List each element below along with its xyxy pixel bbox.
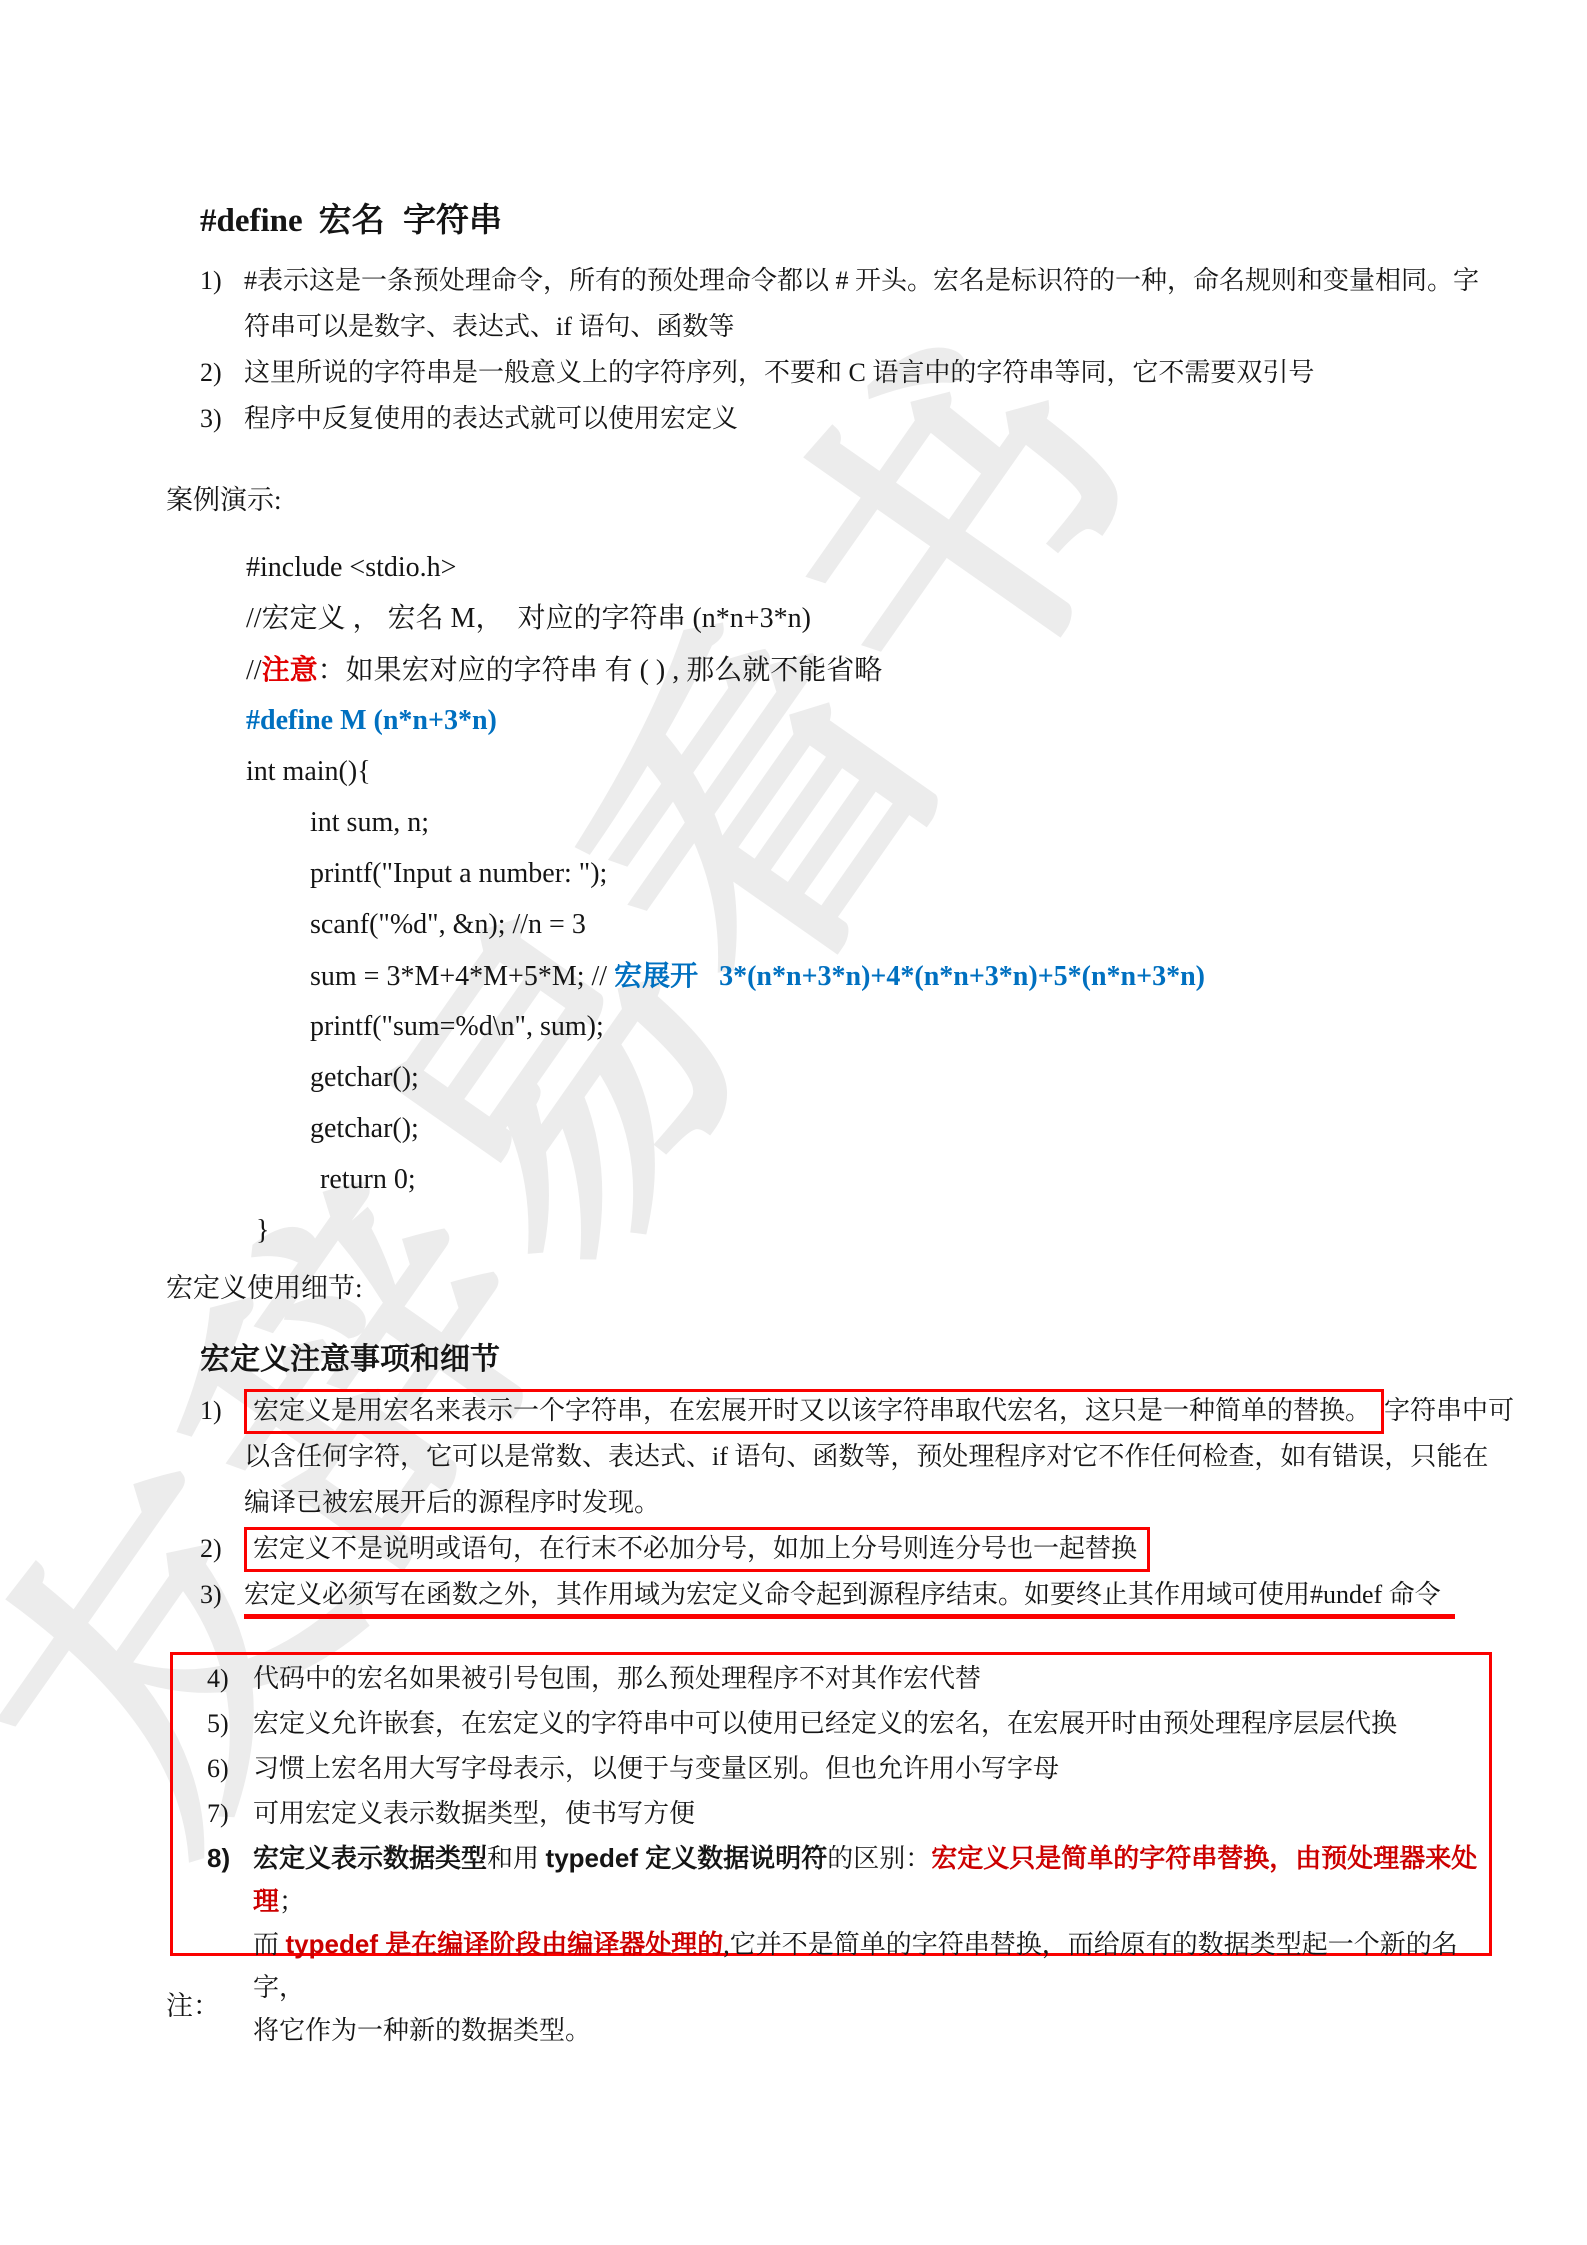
notes-section-heading: 宏定义注意事项和细节 [200,1334,500,1378]
list-item: 2) 这里所说的字符串是一般意义上的字符序列，不要和 C 语言中的字符串等同，它… [200,350,1530,396]
item-text: 可用宏定义表示数据类型，使书写方便 [253,1792,1489,1835]
intro-list: 1) #表示这是一条预处理命令，所有的预处理命令都以 # 开头。宏名是标识符的一… [200,258,1530,442]
note-item-4: 4) 代码中的宏名如果被引号包围，那么预处理程序不对其作宏代替 [173,1657,1489,1700]
note-tail: 字符串中可 [1384,1396,1514,1425]
code-line: int main(){ [246,746,1546,797]
note-item-2: 2) 宏定义不是说明或语句，在行末不必加分号，如加上分号则连分号也一起替换 [200,1526,1540,1572]
note-item-1: 1) 宏定义是用宏名来表示一个字符串，在宏展开时又以该字符串取代宏名，这只是一种… [200,1388,1540,1526]
note-item-3: 3) 宏定义必须写在函数之外，其作用域为宏定义命令起到源程序结束。如要终止其作用… [200,1572,1540,1618]
code-block: #include <stdio.h> //宏定义 ， 宏名 M， 对应的字符串 … [246,542,1546,1256]
code-line-note: //注意：如果宏对应的字符串 有 ( ) , 那么就不能省略 [246,644,1546,695]
item-text: 宏定义允许嵌套，在宏定义的字符串中可以使用已经定义的宏名，在宏展开时由预处理程序… [253,1702,1489,1745]
item-text: 这里所说的字符串是一般意义上的字符序列，不要和 C 语言中的字符串等同，它不需要… [244,350,1530,396]
item-number: 2) [200,1526,244,1572]
red-highlight-box: 宏定义不是说明或语句，在行末不必加分号，如加上分号则连分号也一起替换 [244,1527,1150,1572]
note-line: 以含任何字符，它可以是常数、表达式、if 语句、函数等，预处理程序对它不作任何检… [244,1442,1488,1471]
red-underline: 宏定义必须写在函数之外，其作用域为宏定义命令起到源程序结束。如要终止其作用域可使… [244,1580,1455,1619]
code-line: printf("sum=%d\n", sum); [310,1001,1546,1052]
macro-expand-label: 宏展开 [614,960,698,991]
document-page: 友辞易看书 #define宏名 字符串 1) #表示这是一条预处理命令，所有的预… [0,0,1587,2245]
footer-note-label: 注： [166,1984,220,2023]
text-segment: 而 [253,1930,286,1959]
note-item-7: 7) 可用宏定义表示数据类型，使书写方便 [173,1792,1489,1835]
page-title: #define宏名 字符串 [200,194,502,241]
code-line: #include <stdio.h> [246,542,1546,593]
red-highlight-box: 宏定义是用宏名来表示一个字符串，在宏展开时又以该字符串取代宏名，这只是一种简单的… [244,1389,1384,1434]
item-text: 宏定义必须写在函数之外，其作用域为宏定义命令起到源程序结束。如要终止其作用域可使… [244,1572,1540,1618]
code-line: getchar(); [310,1052,1546,1103]
note-item-6: 6) 习惯上宏名用大写字母表示，以便于与变量区别。但也允许用小写字母 [173,1747,1489,1790]
note-keyword-red: 注意 [262,654,318,685]
macro-expand-expr-text: 3*(n*n+3*n)+4*(n*n+3*n)+5*(n*n+3*n) [719,961,1205,992]
sum-statement: sum = 3*M+4*M+5*M; // [310,961,614,992]
code-line-macro-expand: sum = 3*M+4*M+5*M; // 宏展开 3*(n*n+3*n)+4*… [310,950,1546,1001]
case-demo-label: 案例演示: [166,478,282,517]
red-outlined-notes-box: 4) 代码中的宏名如果被引号包围，那么预处理程序不对其作宏代替 5) 宏定义允许… [170,1652,1492,1956]
text-segment: 将它作为一种新的数据类型。 [253,2016,591,2045]
item-text: 宏定义不是说明或语句，在行末不必加分号，如加上分号则连分号也一起替换 [244,1526,1540,1572]
code-line-define-macro: #define M (n*n+3*n) [246,695,1546,746]
item-number: 3) [200,1572,244,1618]
item-text: 代码中的宏名如果被引号包围，那么预处理程序不对其作宏代替 [253,1657,1489,1700]
usage-details-label: 宏定义使用细节: [166,1266,363,1305]
note-line: 编译已被宏展开后的源程序时发现。 [244,1488,660,1517]
item-number: 6) [207,1747,253,1790]
note-rest: ：如果宏对应的字符串 有 ( ) , 那么就不能省略 [318,655,883,686]
item-text: 习惯上宏名用大写字母表示，以便于与变量区别。但也允许用小写字母 [253,1747,1489,1790]
comment-slashes: // [246,655,262,686]
list-item: 1) #表示这是一条预处理命令，所有的预处理命令都以 # 开头。宏名是标识符的一… [200,258,1530,350]
text-segment: 的区别： [827,1844,931,1873]
text-segment: 和用 [487,1844,546,1873]
note-item-5: 5) 宏定义允许嵌套，在宏定义的字符串中可以使用已经定义的宏名，在宏展开时由预处… [173,1702,1489,1745]
item-text: #表示这是一条预处理命令，所有的预处理命令都以 # 开头。宏名是标识符的一种，命… [244,258,1530,350]
item-text-line: 符串可以是数字、表达式、if 语句、函数等 [244,312,734,341]
code-line: scanf("%d", &n); //n = 3 [310,899,1546,950]
item-number: 1) [200,1388,244,1526]
red-bold-segment: typedef 是在编译阶段由编译器处理的 [286,1929,724,1959]
macro-expand-expr [698,961,719,992]
item-text-line: #表示这是一条预处理命令，所有的预处理命令都以 # 开头。宏名是标识符的一种，命… [244,266,1479,295]
item-number: 3) [200,396,244,442]
code-line: } [256,1205,1546,1256]
code-line: //宏定义 ， 宏名 M， 对应的字符串 (n*n+3*n) [246,593,1546,644]
item-number: 5) [207,1702,253,1745]
item-number: 2) [200,350,244,396]
bold-segment: typedef 定义数据说明符 [546,1843,828,1873]
bold-segment: 宏定义表示数据类型 [253,1843,487,1873]
item-number: 7) [207,1792,253,1835]
note-item-8: 8) 宏定义表示数据类型和用 typedef 定义数据说明符的区别：宏定义只是简… [173,1837,1489,2052]
list-item: 3) 程序中反复使用的表达式就可以使用宏定义 [200,396,1530,442]
item-number: 1) [200,258,244,350]
text-segment: ； [279,1887,305,1916]
code-line: int sum, n; [310,797,1546,848]
item-number: 4) [207,1657,253,1700]
notes-list: 1) 宏定义是用宏名来表示一个字符串，在宏展开时又以该字符串取代宏名，这只是一种… [200,1388,1540,1618]
item-text: 程序中反复使用的表达式就可以使用宏定义 [244,396,1530,442]
code-line: return 0; [320,1154,1546,1205]
define-keyword: #define [200,203,303,239]
code-line: printf("Input a number: "); [310,848,1546,899]
item-text: 宏定义表示数据类型和用 typedef 定义数据说明符的区别：宏定义只是简单的字… [253,1837,1489,2052]
title-chinese: 宏名 字符串 [319,201,502,238]
code-line: getchar(); [310,1103,1546,1154]
item-text: 宏定义是用宏名来表示一个字符串，在宏展开时又以该字符串取代宏名，这只是一种简单的… [244,1388,1540,1526]
